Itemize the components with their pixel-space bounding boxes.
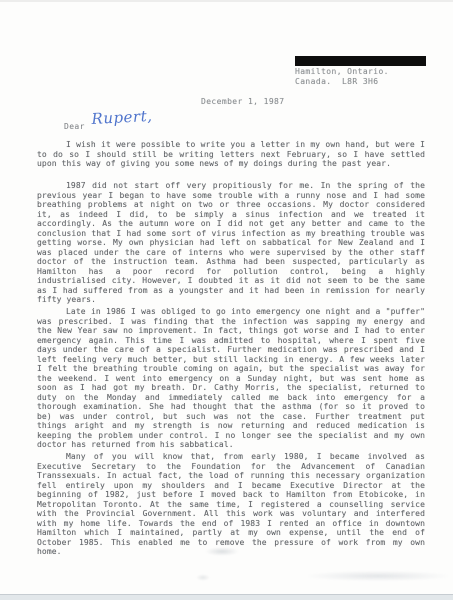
letter-line: I wish it were possible to write you a l… — [37, 140, 425, 150]
letter-paragraph: 1987 did not start off very propitiously… — [37, 181, 425, 305]
letter-paragraph: I wish it were possible to write you a l… — [37, 140, 425, 169]
letter-line: doctor has returned from his sabbatical. — [37, 440, 425, 450]
letter-line: emergency again. This time I was admitte… — [37, 336, 425, 346]
address-block: Hamilton, Ontario.Canada. L8R 3H6 — [295, 67, 389, 87]
letter-line: fifty years. — [37, 295, 425, 305]
letter-line: was placed under the care of interns who… — [37, 248, 425, 258]
date-line: December 1, 1987 — [201, 97, 284, 107]
scan-smudge — [308, 571, 448, 581]
letter-line: Metropolitan Toronto. At the same time, … — [37, 500, 425, 510]
letter-line: Hamilton has a poor record for pollution… — [37, 267, 425, 277]
salutation: Dear — [64, 122, 85, 132]
scan-smudge — [205, 547, 239, 556]
letter-line: beginning of 1982, just before I moved b… — [37, 490, 425, 500]
letter-line: 1987 did not start off very propitiously… — [37, 181, 425, 191]
letter-line: conclusion that I had some sort of virus… — [37, 229, 425, 239]
letter-line: left feeling very much better, but still… — [37, 355, 425, 365]
letter-paragraph: Many of you will know that, from early 1… — [37, 452, 425, 557]
letter-line: Executive Secretary to the Foundation fo… — [37, 462, 425, 472]
handwritten-name: Rupert, — [91, 107, 153, 128]
letter-line: with the Provincial Government. All this… — [37, 509, 425, 519]
letter-line: breathing problems at night on two or th… — [37, 200, 425, 210]
redaction-bar — [295, 56, 426, 66]
letter-line: was prescribed. I was finding that the i… — [37, 317, 425, 327]
letter-line: Late in 1986 I was obliged to go into em… — [37, 307, 425, 317]
letter-line: as I had suffered from as a youngster an… — [37, 286, 425, 296]
letter-line: keeping the problem under control. I no … — [37, 431, 425, 441]
scan-bottom-edge — [0, 594, 453, 600]
letter-line: Hamilton which I maintained, partly at m… — [37, 528, 425, 538]
letter-line: the weekend. I went into emergency on a … — [37, 374, 425, 384]
letter-line: soon as I had got my breath. Dr. Cathy M… — [37, 383, 425, 393]
letter-line: getting worse. My own physician had left… — [37, 238, 425, 248]
letter-line: it, as indeed I did, to be simply a sinu… — [37, 210, 425, 220]
letter-line: I felt the breathing trouble coming on a… — [37, 364, 425, 374]
letter-line: industrialised city. However, I doubted … — [37, 276, 425, 286]
letter-line: Transsexuals. In actual fact, the load o… — [37, 471, 425, 481]
letter-line: October 1985. This enabled me to remove … — [37, 538, 425, 548]
letter-line: to do so I should still be writing lette… — [37, 150, 425, 160]
letter-line: things aright and my strength is now ret… — [37, 421, 425, 431]
address-country-postal: Canada. L8R 3H6 — [295, 77, 389, 87]
address-city: Hamilton, Ontario. — [295, 67, 389, 77]
scan-smudge — [196, 574, 210, 581]
letter-paragraph: Late in 1986 I was obliged to go into em… — [37, 307, 425, 450]
letter-line: the New Year saw no improvement. In fact… — [37, 326, 425, 336]
letter-line: duty on the Monday and immediately calle… — [37, 393, 425, 403]
letter-line: with my home life. Towards the end of 19… — [37, 519, 425, 529]
scan-top-edge — [0, 0, 453, 2]
letter-line: doctor of the instruction team. Asthma h… — [37, 257, 425, 267]
letter-line: fell entirely upon my shoulders and I be… — [37, 481, 425, 491]
letter-line: days under the care of a specialist. Fur… — [37, 345, 425, 355]
letter-line: thorough examination. She had thought th… — [37, 402, 425, 412]
letter-line: previous year I began to have some troub… — [37, 191, 425, 201]
letter-line: accordingly. As the autumn wore on I did… — [37, 219, 425, 229]
letter-line: Many of you will know that, from early 1… — [37, 452, 425, 462]
letter-line: upon this way of giving you some news of… — [37, 159, 425, 169]
letter-line: be) was under control, but such was not … — [37, 412, 425, 422]
